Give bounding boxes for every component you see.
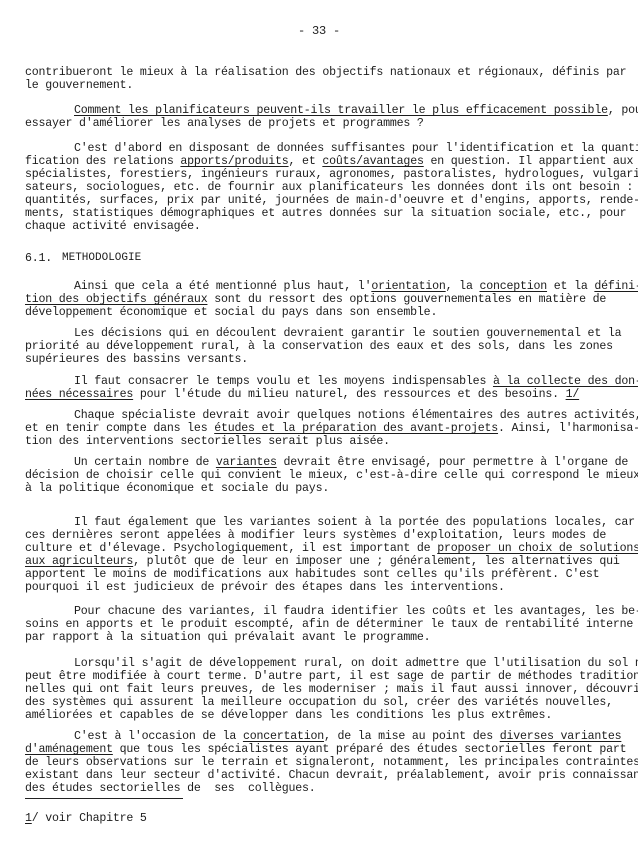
section-paragraph-line: décision de choisir celle qui convient l… [25, 469, 638, 482]
section-paragraph-line: Chaque spécialiste devrait avoir quelque… [74, 409, 638, 422]
paragraph-line: C'est d'abord en disposant de données su… [74, 142, 638, 155]
text: sateurs, sociologues, etc. de fournir au… [25, 181, 633, 194]
text: et la [547, 280, 594, 293]
text: , et [289, 155, 323, 168]
text: améliorées et capables de se développer … [25, 709, 552, 722]
underlined-text: concertation [243, 730, 324, 743]
text: de leurs observations sur le terrain et … [25, 756, 638, 769]
section-paragraph-line: existant dans leur secteur d'activité. C… [25, 769, 638, 782]
text: Les décisions qui en découlent devraient… [74, 327, 621, 340]
text: , la [446, 280, 480, 293]
section-paragraph-line: des études sectorielles de ses collègues… [25, 782, 316, 795]
text: essayer d'améliorer les analyses de proj… [25, 117, 424, 130]
text: fication des relations [25, 155, 180, 168]
section-paragraph-line: apportent le moins de modifications aux … [25, 568, 599, 581]
text: existant dans leur secteur d'activité. C… [25, 769, 638, 782]
text: soins en apports et le produit escompté,… [25, 618, 633, 631]
paragraph-line: fication des relations apports/produits,… [25, 155, 633, 168]
section-paragraph-line: par rapport à la situation qui prévalait… [25, 631, 430, 644]
underlined-text: aux agriculteurs [25, 555, 133, 568]
section-paragraph-line: tion des interventions sectorielles sera… [25, 435, 390, 448]
text: Ainsi que cela a été mentionné plus haut… [74, 280, 371, 293]
text: à la politique économique et sociale du … [25, 482, 329, 495]
section-paragraph-line: ces dernières seront appelées à modifier… [25, 529, 606, 542]
underlined-text: diverses variantes [500, 730, 622, 743]
section-paragraph-line: Il faut consacrer le temps voulu et les … [74, 375, 638, 388]
text: spécialistes, forestiers, ingénieurs rur… [25, 168, 638, 181]
paragraph-line: quantités, surfaces, prix par unité, jou… [25, 194, 638, 207]
text: ces dernières seront appelées à modifier… [25, 529, 606, 542]
text: Il faut également que les variantes soie… [74, 516, 635, 529]
underlined-text: 1/ [566, 388, 580, 401]
text: en question. Il appartient aux [424, 155, 633, 168]
text: , plutôt que de leur en imposer une ; gé… [133, 555, 620, 568]
text: Lorsqu'il s'agit de développement rural,… [74, 657, 638, 670]
text: Pour chacune des variantes, il faudra id… [74, 605, 638, 618]
underlined-text: études et la préparation des avant-proje… [214, 422, 498, 435]
section-paragraph-line: aux agriculteurs, plutôt que de leur en … [25, 555, 620, 568]
section-paragraph-line: améliorées et capables de se développer … [25, 709, 552, 722]
section-paragraph-line: d'aménagement que tous les spécialistes … [25, 743, 626, 756]
section-paragraph-line: culture et d'élevage. Psychologiquement,… [25, 542, 638, 555]
section-paragraph-line: Il faut également que les variantes soie… [74, 516, 635, 529]
underlined-text: à la collecte des don- [493, 375, 638, 388]
text: apportent le moins de modifications aux … [25, 568, 599, 581]
section-paragraph-line: Lorsqu'il s'agit de développement rural,… [74, 657, 638, 670]
footnote-text: 1 [25, 812, 32, 825]
underlined-text: nées nécessaires [25, 388, 133, 401]
paragraph-line: essayer d'améliorer les analyses de proj… [25, 117, 424, 130]
section-paragraph-line: Ainsi que cela a été mentionné plus haut… [74, 280, 638, 293]
underlined-text: orientation [371, 280, 445, 293]
section-paragraph-line: pourquoi il est judicieux de prévoir des… [25, 581, 505, 594]
text: Il faut consacrer le temps voulu et les … [74, 375, 493, 388]
document-page: - 33 - contribueront le mieux à la réali… [0, 0, 638, 850]
text: pourquoi il est judicieux de prévoir des… [25, 581, 505, 594]
footnote-divider [25, 798, 183, 799]
paragraph-line: Comment les planificateurs peuvent-ils t… [74, 104, 638, 117]
text: supérieures des bassins versants. [25, 353, 248, 366]
text: Chaque spécialiste devrait avoir quelque… [74, 409, 638, 422]
paragraph-line: le gouvernement. [25, 79, 133, 92]
section-paragraph-line: C'est à l'occasion de la concertation, d… [74, 730, 621, 743]
text: par rapport à la situation qui prévalait… [25, 631, 430, 644]
section-paragraph-line: peut être modifiée à court terme. D'autr… [25, 670, 638, 683]
section-paragraph-line: à la politique économique et sociale du … [25, 482, 329, 495]
paragraph-line: ments, statistiques démographiques et au… [25, 207, 626, 220]
paragraph-line: chaque activité envisagée. [25, 220, 201, 233]
text: C'est à l'occasion de la [74, 730, 243, 743]
underlined-text: apports/produits [180, 155, 288, 168]
text: , pour [608, 104, 638, 117]
text: le gouvernement. [25, 79, 133, 92]
section-paragraph-line: et en tenir compte dans les études et la… [25, 422, 638, 435]
text: tion des interventions sectorielles sera… [25, 435, 390, 448]
underlined-text: d'aménagement [25, 743, 113, 756]
text: , de la mise au point des [324, 730, 500, 743]
section-paragraph-line: Un certain nombre de variantes devrait ê… [74, 456, 628, 469]
underlined-text: variantes [216, 456, 277, 469]
section-paragraph-line: priorité au développement rural, à la co… [25, 340, 613, 353]
text: culture et d'élevage. Psychologiquement,… [25, 542, 437, 555]
section-paragraph-line: de leurs observations sur le terrain et … [25, 756, 638, 769]
text: sont du ressort des options gouvernement… [207, 293, 606, 306]
section-paragraph-line: Les décisions qui en découlent devraient… [74, 327, 621, 340]
section-paragraph-line: Pour chacune des variantes, il faudra id… [74, 605, 638, 618]
text: développement économique et social du pa… [25, 306, 437, 319]
section-number: 6.1. [25, 252, 52, 265]
text: quantités, surfaces, prix par unité, jou… [25, 194, 638, 207]
text: priorité au développement rural, à la co… [25, 340, 613, 353]
section-paragraph-line: nelles qui ont fait leurs preuves, de le… [25, 683, 638, 696]
text: des études sectorielles de ses collègues… [25, 782, 316, 795]
footnote-text: / voir Chapitre 5 [32, 812, 147, 825]
underlined-text: proposer un choix de solutions [437, 542, 638, 555]
text: et en tenir compte dans les [25, 422, 214, 435]
section-paragraph-line: soins en apports et le produit escompté,… [25, 618, 633, 631]
paragraph-line: spécialistes, forestiers, ingénieurs rur… [25, 168, 638, 181]
text: contribueront le mieux à la réalisation … [25, 66, 626, 79]
underlined-text: Comment les planificateurs peuvent-ils t… [74, 104, 608, 117]
text: ments, statistiques démographiques et au… [25, 207, 626, 220]
section-paragraph-line: tion des objectifs généraux sont du ress… [25, 293, 606, 306]
paragraph-line: contribueront le mieux à la réalisation … [25, 66, 626, 79]
text: pour l'étude du milieu naturel, des ress… [133, 388, 565, 401]
section-paragraph-line: développement économique et social du pa… [25, 306, 437, 319]
paragraph-line: sateurs, sociologues, etc. de fournir au… [25, 181, 633, 194]
text: nelles qui ont fait leurs preuves, de le… [25, 683, 638, 696]
underlined-text: coûts/avantages [322, 155, 423, 168]
text: des systèmes qui assurent la meilleure o… [25, 696, 613, 709]
page-number: - 33 - [0, 24, 638, 38]
underlined-text: défini- [594, 280, 638, 293]
underlined-text: tion des objectifs généraux [25, 293, 207, 306]
section-paragraph-line: des systèmes qui assurent la meilleure o… [25, 696, 613, 709]
underlined-text: conception [479, 280, 547, 293]
text: que tous les spécialistes ayant préparé … [113, 743, 627, 756]
section-title: METHODOLOGIE [62, 252, 141, 265]
text: . Ainsi, l'harmonisa- [498, 422, 638, 435]
footnote: 1/ voir Chapitre 5 [25, 812, 147, 825]
text: devrait être envisagé, pour permettre à … [277, 456, 628, 469]
section-paragraph-line: supérieures des bassins versants. [25, 353, 248, 366]
text: Un certain nombre de [74, 456, 216, 469]
text: C'est d'abord en disposant de données su… [74, 142, 638, 155]
text: chaque activité envisagée. [25, 220, 201, 233]
section-paragraph-line: nées nécessaires pour l'étude du milieu … [25, 388, 579, 401]
text: décision de choisir celle qui convient l… [25, 469, 638, 482]
text: peut être modifiée à court terme. D'autr… [25, 670, 638, 683]
